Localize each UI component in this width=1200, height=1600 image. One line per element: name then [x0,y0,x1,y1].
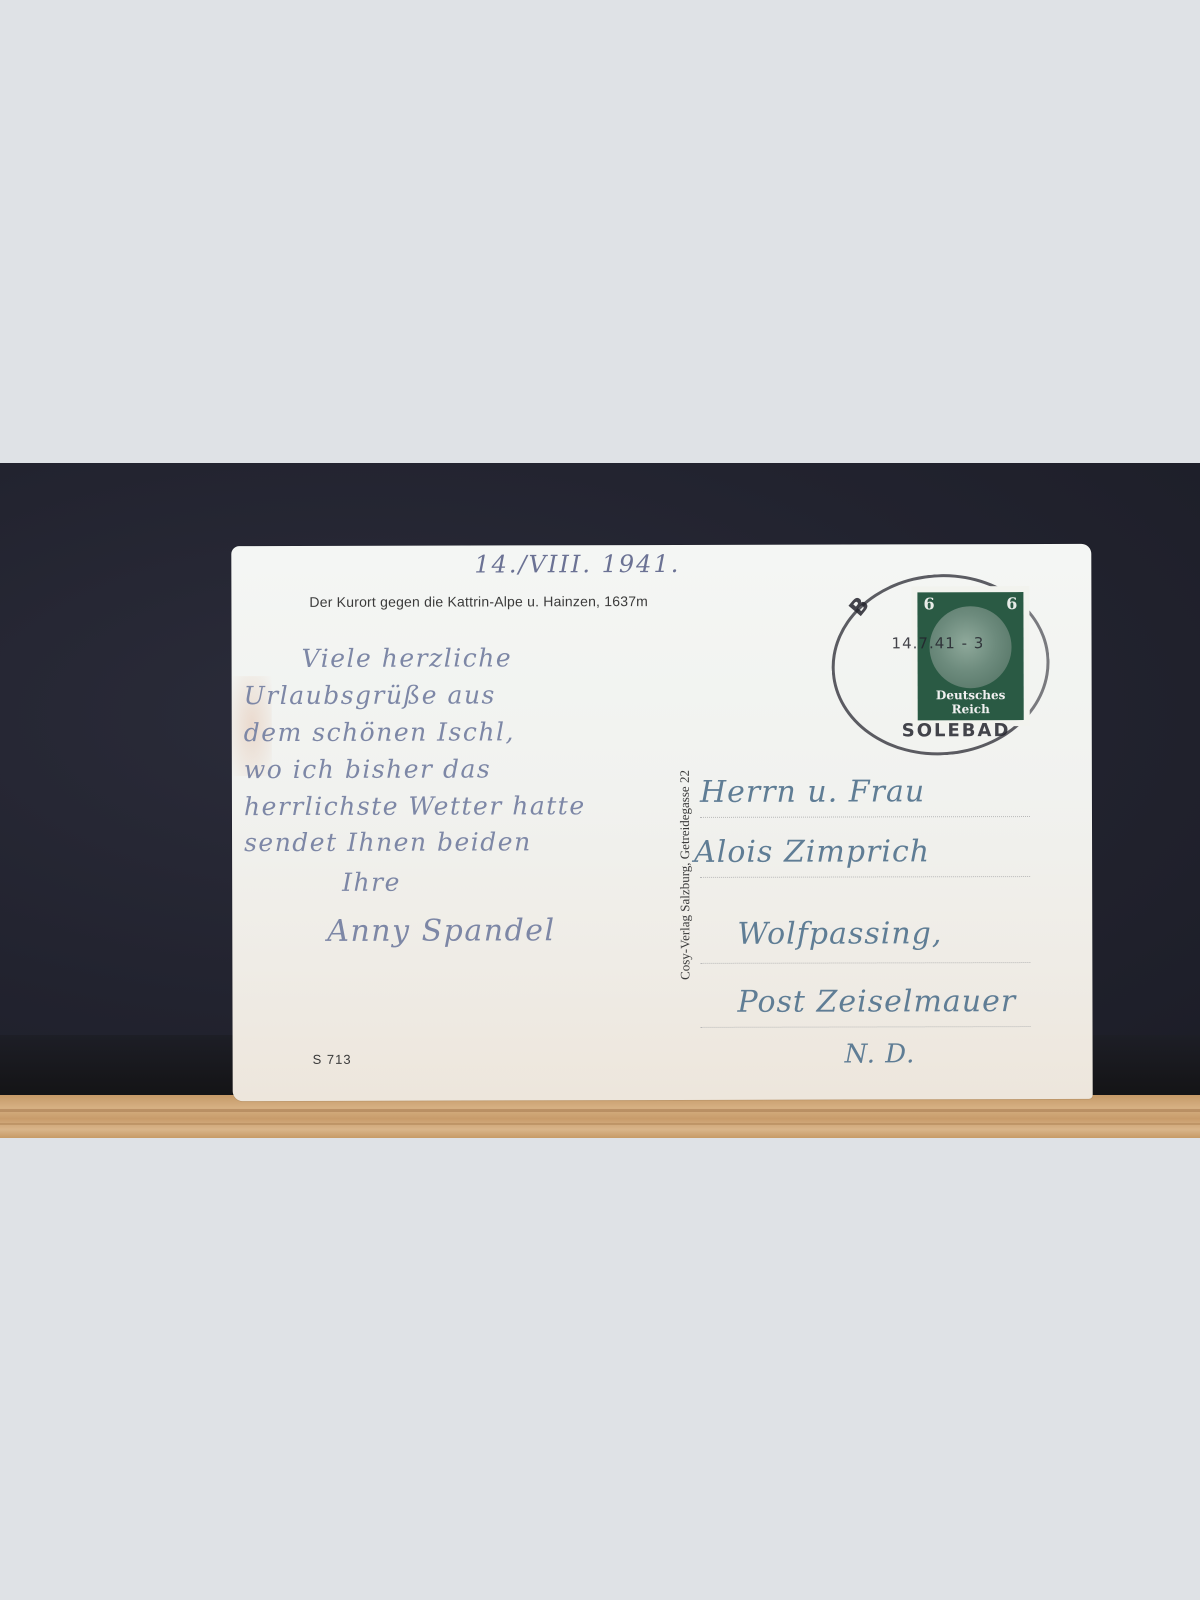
stamp-value-left: 6 [923,594,934,613]
address-dotted-line [700,962,1030,964]
handwritten-date: 14./VIII. 1941. [474,550,680,579]
stamp-value-right: 6 [1006,594,1017,613]
address-line: Herrn u. Frau [700,774,925,810]
message-line: Viele herzliche [302,643,513,673]
address-line: Post Zeiselmauer [737,984,1016,1020]
address-line: N. D. [845,1039,916,1069]
address-line: Wolfpassing, [737,916,942,952]
message-line: dem schönen Ischl, [244,717,515,747]
address-dotted-line [700,876,1030,878]
message-line: Urlaubsgrüße aus [244,680,496,710]
postmark-date: 14.7.41 - 3 [892,634,985,652]
stamp-face: 6 6 Deutsches Reich [917,592,1023,720]
signature: Anny Spandel [327,913,555,949]
message-closing: Ihre [342,868,401,897]
postcard: 14./VIII. 1941. Der Kurort gegen die Kat… [231,544,1092,1101]
message-line: wo ich bisher das [244,754,491,784]
publisher-imprint: Cosy-Verlag Salzburg, Getreidegasse 22 [677,770,694,980]
postcard-photo: 14./VIII. 1941. Der Kurort gegen die Kat… [0,463,1200,1138]
stamp-label: Deutsches Reich [918,688,1024,716]
message-line: sendet Ihnen beiden [244,827,532,857]
address-line: Alois Zimprich [694,834,930,870]
message-line: herrlichste Wetter hatte [244,791,586,821]
address-dotted-line [701,1026,1031,1028]
address-dotted-line [700,816,1030,818]
postmark-bottom-text: SOLEBAD [902,720,1011,741]
series-number: S 713 [313,1052,352,1067]
wooden-shelf [0,1095,1200,1138]
printed-caption: Der Kurort gegen die Kattrin-Alpe u. Hai… [309,593,648,610]
postage-stamp: 6 6 Deutsches Reich [911,586,1029,726]
